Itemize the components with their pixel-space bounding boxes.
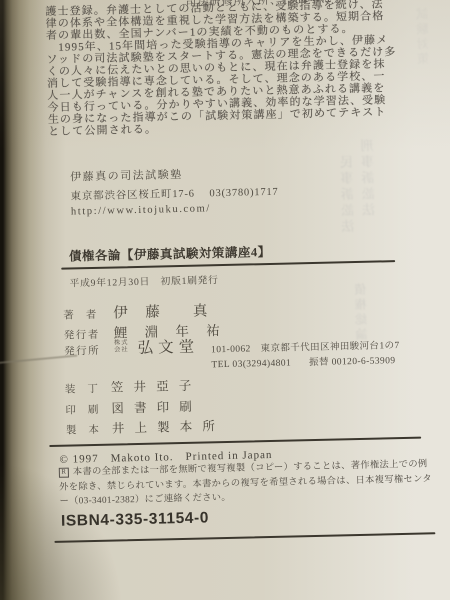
showthrough-ghost-text: 試験対策 [413, 7, 431, 67]
showthrough-ghost-text: 債権総論 [352, 283, 370, 343]
publisher-postal-transfer: 振替 00120-6-53909 [309, 356, 396, 368]
publishing-house-row: 発行所 株式 会社 弘文堂 [64, 335, 200, 360]
isbn-number: ISBN4-335-31154-0 [61, 509, 209, 530]
printer-label: 印刷 [65, 402, 105, 418]
designer-label: 装丁 [65, 381, 105, 397]
designer-row: 装丁 笠 井 亞 子 [65, 376, 195, 398]
publisher-tel: TEL 03(3294)4801 [211, 359, 291, 371]
author-label: 著者 [63, 307, 103, 323]
author-given-name: 真 [193, 303, 215, 319]
book-title: 債権各論【伊藤真試験対策講座4】 [69, 242, 271, 265]
bindery-name: 井 上 製 本 所 [112, 419, 219, 435]
printer-name: 図 書 印 刷 [111, 400, 195, 416]
edition-date: 平成9年12月30日 初版1刷発行 [69, 272, 218, 289]
divider-bottom [54, 532, 435, 543]
school-url: http://www.itojuku.com/ [71, 202, 279, 218]
showthrough-ghost-text: 刑事訴訟法 [358, 139, 379, 219]
copy-rights-r-mark: R [59, 468, 69, 478]
corporate-prefix: 株式 会社 [114, 340, 129, 354]
corporate-prefix-bottom: 会社 [114, 346, 129, 353]
designer-name: 笠 井 亞 子 [111, 379, 195, 395]
page-sheet: 司法研修所入所、1984年に弁 護士登録。弁護士としての活動とともに、受験指導を… [0, 0, 450, 600]
bindery-row: 製本 井 上 製 本 所 [66, 416, 219, 438]
school-contact-block: 伊藤真の司法試験塾 東京都渋谷区桜丘町17-6 03(3780)1717 htt… [70, 164, 279, 218]
showthrough-ghost-text: 民事訴訟法 [338, 155, 359, 235]
school-address-phone: 東京都渋谷区桜丘町17-6 03(3780)1717 [70, 184, 278, 204]
divider-above-copyright [49, 437, 421, 447]
author-bio-paragraph: 護士登録。弁護士としての活動とともに、受験指導を続け、法 律の体系や全体構造を重… [45, 0, 416, 138]
school-name: 伊藤真の司法試験塾 [70, 164, 278, 185]
printer-row: 印刷 図 書 印 刷 [65, 397, 195, 419]
author-surname: 伊 藤 [113, 304, 167, 321]
book-colophon-photo: 司法研修所入所、1984年に弁 護士登録。弁護士としての活動とともに、受験指導を… [0, 0, 450, 600]
publishing-house-name: 弘文堂 [137, 339, 199, 357]
reproduction-notice: R本書の全部または一部を無断で複写複製（コピー）することは、著作権法上での例 外… [59, 457, 432, 509]
publisher-phone-line: TEL 03(3294)4801振替 00120-6-53909 [211, 352, 395, 370]
bindery-label: 製本 [66, 422, 106, 438]
